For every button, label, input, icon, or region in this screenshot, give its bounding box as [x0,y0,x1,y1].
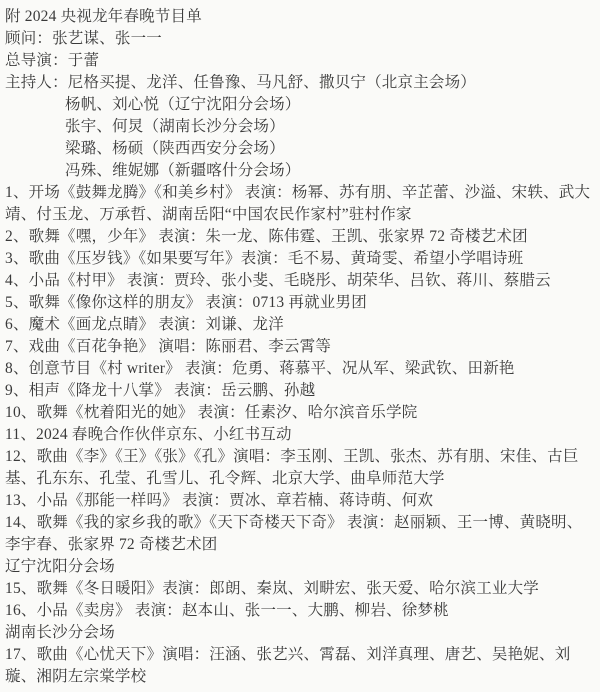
credit-venue-line: 张宇、何炅（湖南长沙分会场） [5,116,592,138]
program-list-document: 附 2024 央视龙年春晚节目单 顾问：张艺谋、张一一总导演：于蕾主持人：尼格买… [0,0,600,692]
credits-section: 顾问：张艺谋、张一一总导演：于蕾主持人：尼格买提、龙洋、任鲁豫、马凡舒、撒贝宁（… [5,28,592,182]
program-item: 3、歌曲《压岁钱》《如果要写年》表演：毛不易、黄琦雯、希望小学唱诗班 [5,248,592,270]
credit-venue-line: 冯殊、维妮娜（新疆喀什分会场） [5,160,592,182]
program-item: 1、开场《鼓舞龙腾》《和美乡村》 表演：杨幂、苏有朋、辛芷蕾、沙溢、宋轶、武大靖… [5,182,592,226]
program-item: 9、相声《降龙十八掌》 表演：岳云鹏、孙越 [5,380,592,402]
program-item: 8、创意节目《村 writer》 表演：危勇、蒋慕平、况从军、梁武钦、田新艳 [5,358,592,380]
program-item: 2、歌舞《嘿，少年》 表演：朱一龙、陈伟霆、王凯、张家界 72 奇楼艺术团 [5,226,592,248]
credit-venue-line: 杨帆、刘心悦（辽宁沈阳分会场） [5,94,592,116]
credit-venue-line: 梁璐、杨硕（陕西西安分会场） [5,138,592,160]
program-item: 15、歌舞《冬日暖阳》表演：郎朗、秦岚、刘畊宏、张天爱、哈尔滨工业大学 [5,578,592,600]
program-item: 14、歌舞《我的家乡我的歌》《天下奇楼天下奇》 表演：赵丽颖、王一博、黄晓明、李… [5,512,592,556]
program-item: 17、歌曲《心忧天下》演唱：汪涵、张艺兴、霄磊、刘洋真理、唐艺、吴艳妮、刘璇、湘… [5,644,592,688]
program-item: 6、魔术《画龙点睛》 表演：刘谦、龙洋 [5,314,592,336]
venue-section-header: 湖南长沙分会场 [5,622,592,644]
program-item: 4、小品《村甲》 表演：贾玲、张小斐、毛晓彤、胡荣华、吕钦、蒋川、蔡腊云 [5,270,592,292]
program-item: 11、2024 春晚合作伙伴京东、小红书互动 [5,424,592,446]
credit-line: 顾问：张艺谋、张一一 [5,28,592,50]
document-title: 附 2024 央视龙年春晚节目单 [5,6,592,28]
program-item: 7、戏曲《百花争艳》 演唱：陈丽君、李云霄等 [5,336,592,358]
program-item: 16、小品《卖房》 表演：赵本山、张一一、大鹏、柳岩、徐梦桃 [5,600,592,622]
credit-line: 总导演：于蕾 [5,50,592,72]
program-item: 13、小品《那能一样吗》 表演：贾冰、章若楠、蒋诗萌、何欢 [5,490,592,512]
program-items-section: 1、开场《鼓舞龙腾》《和美乡村》 表演：杨幂、苏有朋、辛芷蕾、沙溢、宋轶、武大靖… [5,182,592,688]
program-item: 5、歌舞《像你这样的朋友》 表演：0713 再就业男团 [5,292,592,314]
program-item: 10、歌舞《枕着阳光的她》 表演：任素汐、哈尔滨音乐学院 [5,402,592,424]
program-item: 12、歌曲《李》《王》《张》《孔》演唱：李玉刚、王凯、张杰、苏有朋、宋佳、古巨基… [5,446,592,490]
venue-section-header: 辽宁沈阳分会场 [5,556,592,578]
credit-line: 主持人：尼格买提、龙洋、任鲁豫、马凡舒、撒贝宁（北京主会场） [5,72,592,94]
